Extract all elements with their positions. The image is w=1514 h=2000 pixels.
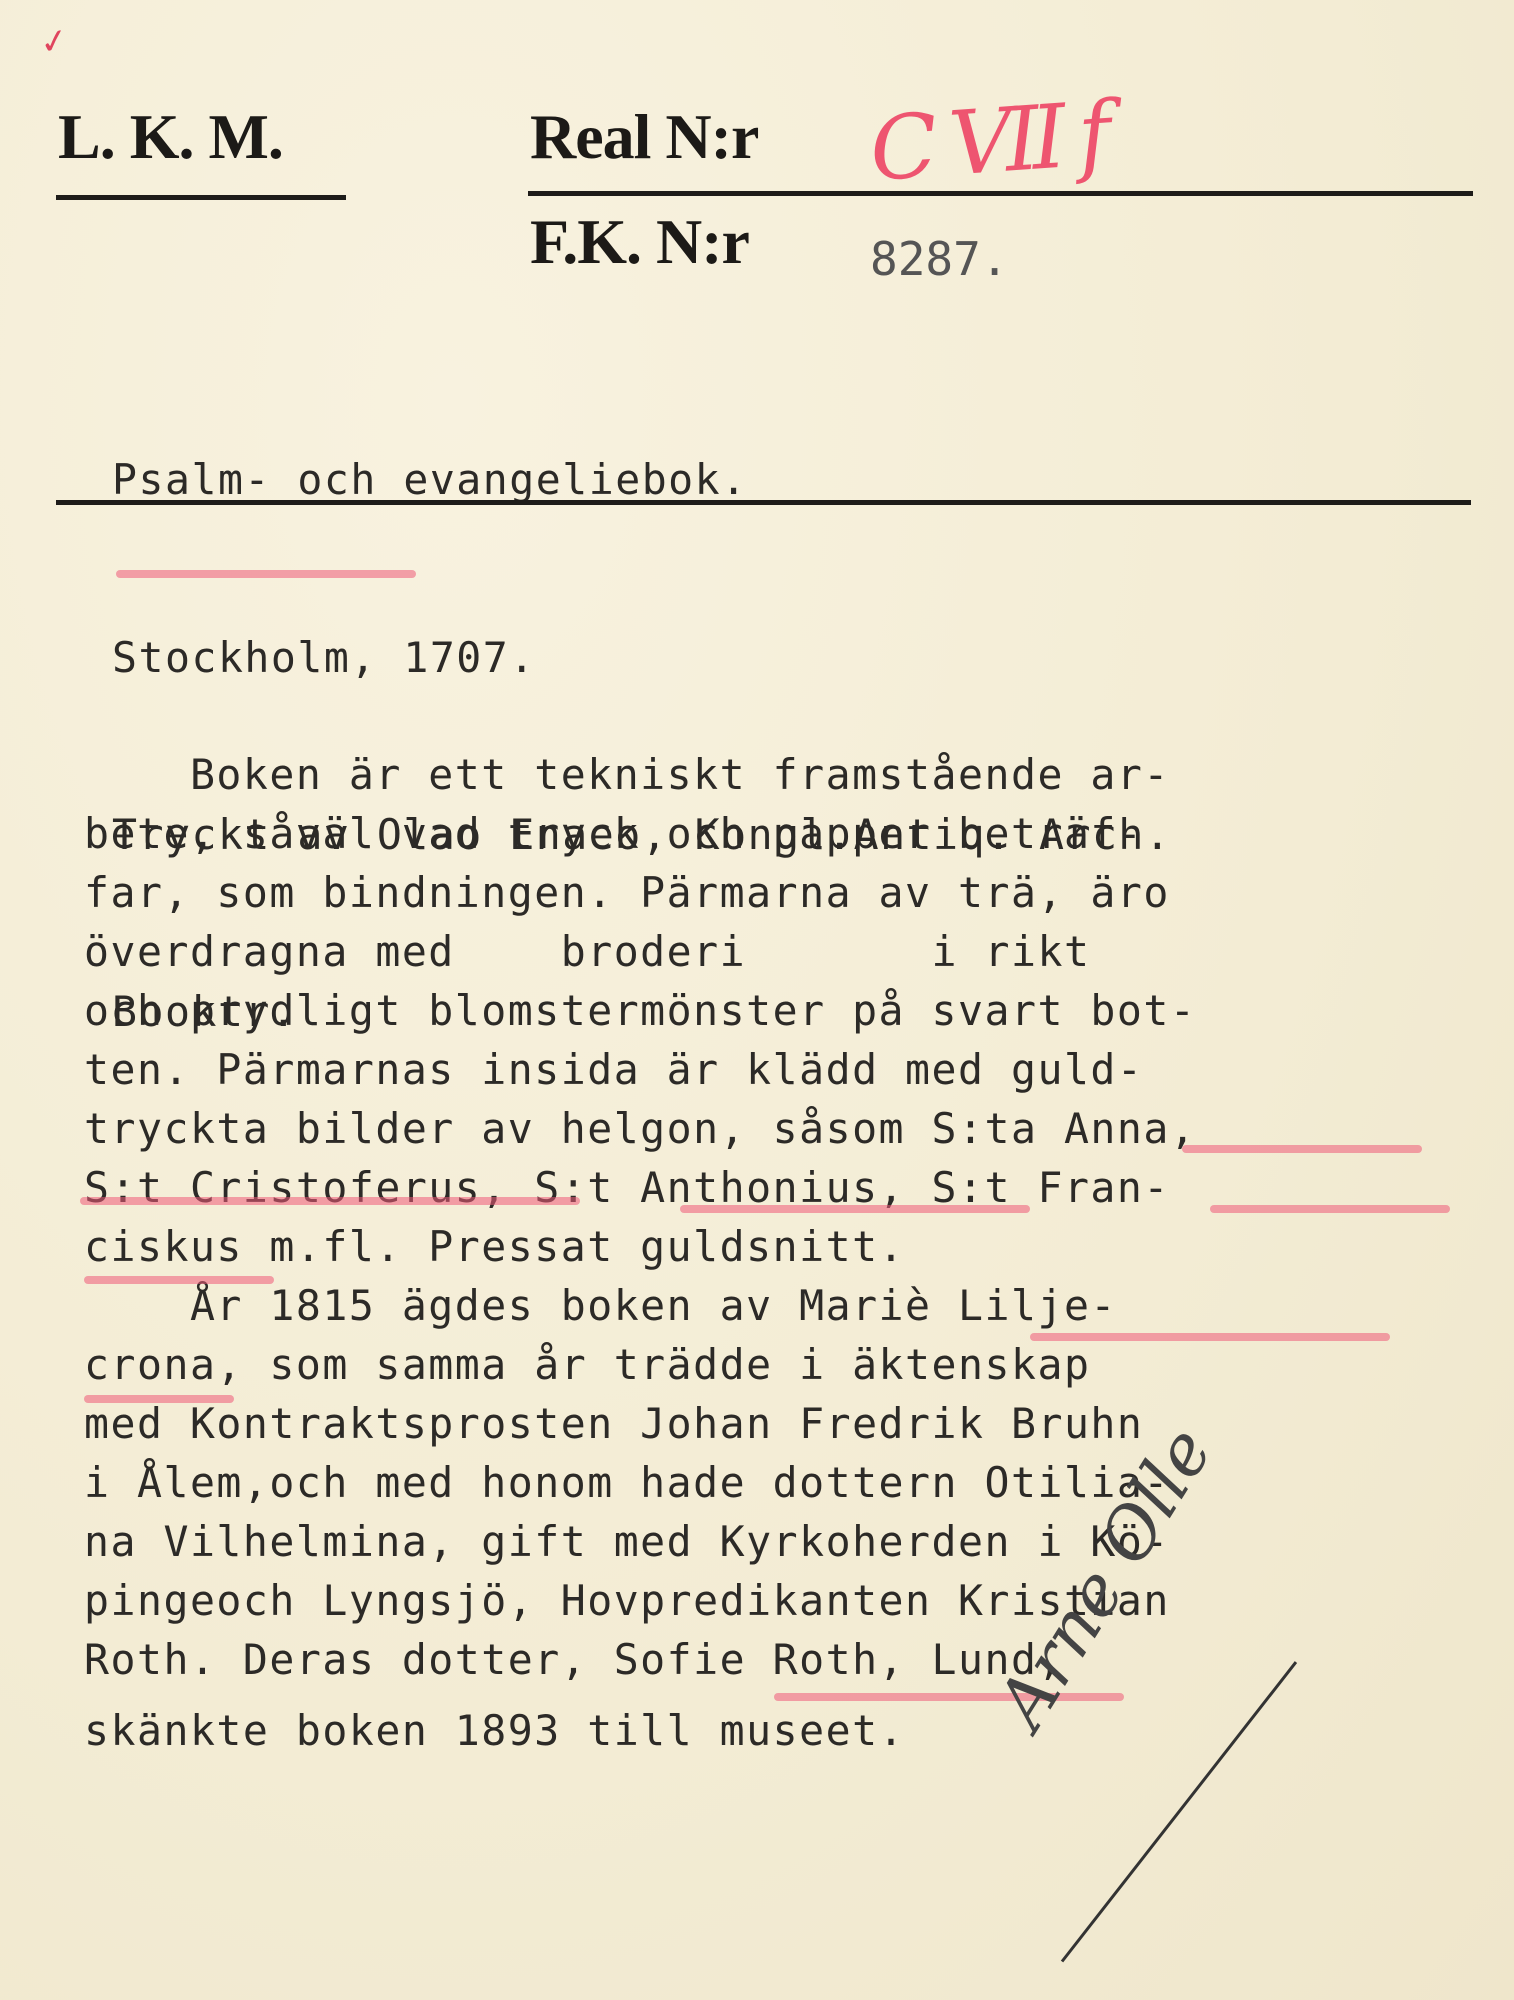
divider	[528, 191, 1473, 196]
real-number-value: C VII f	[867, 82, 1107, 201]
highlight-mark	[680, 1205, 1030, 1213]
body-line: crona, som samma år trädde i äktenskap	[84, 1335, 1196, 1394]
body-line: far, som bindningen. Pärmarna av trä, är…	[84, 863, 1196, 922]
highlight-mark	[1182, 1145, 1422, 1153]
highlight-mark	[116, 570, 416, 578]
highlight-mark	[1210, 1205, 1450, 1213]
highlight-mark	[84, 1276, 274, 1284]
body-line: Boken är ett tekniskt framstående ar-	[84, 745, 1196, 804]
check-mark: ✓	[37, 20, 72, 64]
fk-number-value: 8287.	[870, 232, 1008, 286]
place-year: Stockholm, 1707.	[112, 628, 1171, 687]
body-line: bete, såväl vad tryck och papper beträf-	[84, 804, 1196, 863]
body-line: tryckta bilder av helgon, såsom S:ta Ann…	[84, 1099, 1196, 1158]
body-line: na Vilhelmina, gift med Kyrkoherden i Kö…	[84, 1512, 1196, 1571]
description-body: Boken är ett tekniskt framstående ar-bet…	[84, 745, 1196, 1760]
fk-number-label: F.K. N:r	[530, 205, 749, 279]
divider	[56, 500, 1471, 505]
body-line: ciskus m.fl. Pressat guldsnitt.	[84, 1217, 1196, 1276]
body-line: med Kontraktsprosten Johan Fredrik Bruhn	[84, 1394, 1196, 1453]
body-line: År 1815 ägdes boken av Mariè Lilje-	[84, 1276, 1196, 1335]
highlight-mark	[80, 1197, 580, 1205]
body-line: ten. Pärmarnas insida är klädd med guld-	[84, 1040, 1196, 1099]
body-line: överdragna med broderi i rikt	[84, 922, 1196, 981]
real-number-label: Real N:r	[530, 100, 758, 174]
institution-label: L. K. M.	[58, 100, 283, 174]
divider	[56, 195, 346, 200]
body-line: och prydligt blomstermönster på svart bo…	[84, 981, 1196, 1040]
body-line: i Ålem,och med honom hade dottern Otilia…	[84, 1453, 1196, 1512]
highlight-mark	[1030, 1333, 1390, 1341]
highlight-mark	[84, 1395, 234, 1403]
